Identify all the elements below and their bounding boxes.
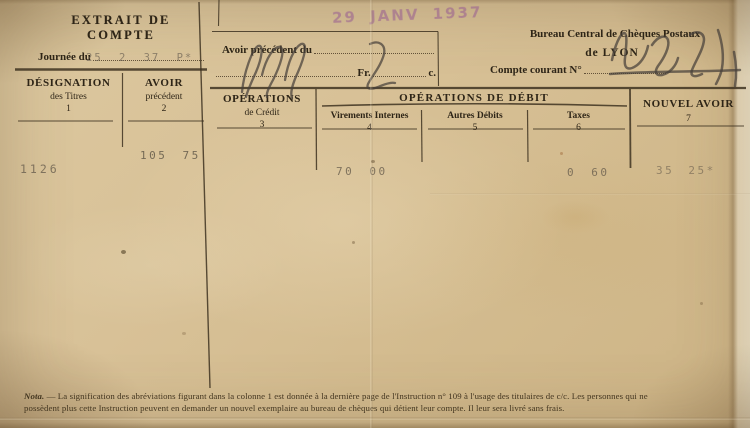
nota-line-2: possèdent plus cette Instruction peuvent… bbox=[24, 403, 746, 415]
paper-stain bbox=[371, 160, 375, 163]
paper-fold-vertical bbox=[370, 0, 373, 428]
paper-stain bbox=[540, 200, 610, 234]
pencil-handwriting bbox=[0, 0, 750, 428]
paper-stain bbox=[700, 302, 703, 305]
paper-fold-horizontal bbox=[0, 417, 750, 420]
paper-stain bbox=[560, 152, 563, 155]
paper-stain bbox=[182, 332, 186, 335]
paper-crease bbox=[430, 193, 750, 195]
scanned-account-statement: EXTRAIT DE COMPTE Journée du 25 2 37 P* … bbox=[0, 0, 750, 428]
nota-line-1: Nota. — La signification des abréviation… bbox=[24, 391, 746, 403]
nota-text-1: — La signification des abréviations figu… bbox=[47, 391, 648, 401]
paper-stain bbox=[121, 250, 126, 254]
paper-stain bbox=[352, 241, 355, 244]
nota-label: Nota. bbox=[24, 391, 44, 401]
handwriting-account-number-scrawl bbox=[610, 30, 740, 86]
